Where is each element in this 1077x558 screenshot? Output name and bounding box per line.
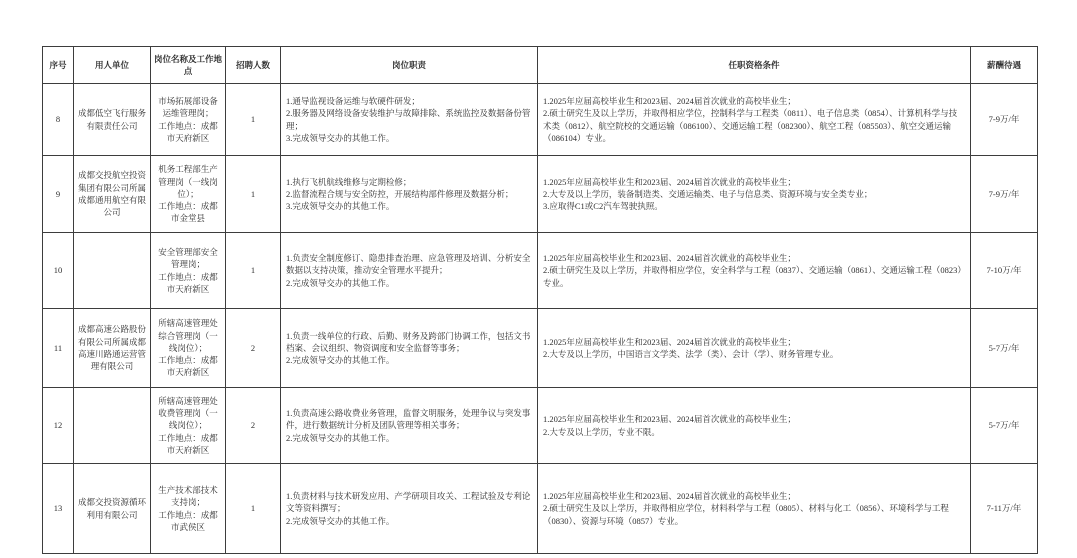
cell-qualifications: 1.2025年应届高校毕业生和2023届、2024届首次就业的高校毕业生； 2.… — [538, 233, 971, 309]
header-salary: 薪酬待遇 — [971, 47, 1038, 84]
cell-seq: 9 — [43, 156, 74, 233]
cell-headcount: 1 — [226, 464, 281, 554]
cell-position: 生产技术部技术 支持岗； 工作地点：成都 市武侯区 — [151, 464, 226, 554]
cell-duties: 1.负责一线单位的行政、后勤、财务及跨部门协调工作，包括文书档案、会议组织、物资… — [281, 309, 538, 388]
cell-salary: 7-9万/年 — [971, 84, 1038, 156]
cell-position: 安全管理部安全 管理岗； 工作地点：成都 市天府新区 — [151, 233, 226, 309]
header-employer: 用人单位 — [74, 47, 151, 84]
cell-employer: 成都低空飞行服务 有限责任公司 — [74, 84, 151, 156]
cell-qualifications: 1.2025年应届高校毕业生和2023届、2024届首次就业的高校毕业生； 2.… — [538, 464, 971, 554]
cell-qualifications: 1.2025年应届高校毕业生和2023届、2024届首次就业的高校毕业生； 2.… — [538, 309, 971, 388]
cell-position: 机务工程部生产 管理岗（一线岗 位）； 工作地点：成都 市金堂县 — [151, 156, 226, 233]
header-qualifications: 任职资格条件 — [538, 47, 971, 84]
cell-seq: 10 — [43, 233, 74, 309]
cell-employer — [74, 233, 151, 309]
table-row: 11 成都高速公路股份 有限公司所属成都 高速川路通运营管 理有限公司 所辖高速… — [43, 309, 1038, 388]
header-row: 序号 用人单位 岗位名称及工作地点 招聘人数 岗位职责 任职资格条件 薪酬待遇 — [43, 47, 1038, 84]
table-row: 9 成都交投航空投资 集团有限公司所属 成都通用航空有限 公司 机务工程部生产 … — [43, 156, 1038, 233]
cell-seq: 8 — [43, 84, 74, 156]
table-row: 8 成都低空飞行服务 有限责任公司 市场拓展部设备 运维管理岗； 工作地点：成都… — [43, 84, 1038, 156]
header-seq: 序号 — [43, 47, 74, 84]
cell-duties: 1.负责材料与技术研发应用、产学研项目攻关、工程试验及专利论文等资料撰写； 2.… — [281, 464, 538, 554]
cell-seq: 11 — [43, 309, 74, 388]
table-row: 12 所辖高速管理处 收费管理岗（一 线岗位）； 工作地点：成都 市天府新区 2… — [43, 388, 1038, 464]
cell-qualifications: 1.2025年应届高校毕业生和2023届、2024届首次就业的高校毕业生； 2.… — [538, 84, 971, 156]
cell-headcount: 2 — [226, 309, 281, 388]
cell-salary: 7-10万/年 — [971, 233, 1038, 309]
cell-position: 所辖高速管理处 收费管理岗（一 线岗位）； 工作地点：成都 市天府新区 — [151, 388, 226, 464]
cell-employer — [74, 388, 151, 464]
cell-headcount: 1 — [226, 84, 281, 156]
cell-qualifications: 1.2025年应届高校毕业生和2023届、2024届首次就业的高校毕业生； 2.… — [538, 388, 971, 464]
cell-employer: 成都交投航空投资 集团有限公司所属 成都通用航空有限 公司 — [74, 156, 151, 233]
cell-position: 所辖高速管理处 综合管理岗（一 线岗位）； 工作地点：成都 市天府新区 — [151, 309, 226, 388]
cell-headcount: 2 — [226, 388, 281, 464]
cell-seq: 13 — [43, 464, 74, 554]
cell-seq: 12 — [43, 388, 74, 464]
cell-employer: 成都高速公路股份 有限公司所属成都 高速川路通运营管 理有限公司 — [74, 309, 151, 388]
cell-position: 市场拓展部设备 运维管理岗； 工作地点：成都 市天府新区 — [151, 84, 226, 156]
cell-salary: 7-9万/年 — [971, 156, 1038, 233]
header-headcount: 招聘人数 — [226, 47, 281, 84]
cell-headcount: 1 — [226, 233, 281, 309]
cell-salary: 5-7万/年 — [971, 309, 1038, 388]
table-row: 13 成都交投资源循环 利用有限公司 生产技术部技术 支持岗； 工作地点：成都 … — [43, 464, 1038, 554]
cell-duties: 1.负责高速公路收费业务管理，监督文明服务，处理争议与突发事件，进行数据统计分析… — [281, 388, 538, 464]
header-position: 岗位名称及工作地点 — [151, 47, 226, 84]
cell-duties: 1.负责安全制度修订、隐患排查治理、应急管理及培训、分析安全数据以支持决策，推动… — [281, 233, 538, 309]
cell-qualifications: 1.2025年应届高校毕业生和2023届、2024届首次就业的高校毕业生； 2.… — [538, 156, 971, 233]
header-duties: 岗位职责 — [281, 47, 538, 84]
cell-salary: 5-7万/年 — [971, 388, 1038, 464]
cell-duties: 1.执行飞机航线维修与定期检修； 2.监督流程合规与安全防控，开展结构部件修理及… — [281, 156, 538, 233]
cell-salary: 7-11万/年 — [971, 464, 1038, 554]
table-row: 10 安全管理部安全 管理岗； 工作地点：成都 市天府新区 1 1.负责安全制度… — [43, 233, 1038, 309]
cell-employer: 成都交投资源循环 利用有限公司 — [74, 464, 151, 554]
cell-duties: 1.通导监视设备运维与软硬件研发； 2.服务器及网络设备安装维护与故障排除、系统… — [281, 84, 538, 156]
recruitment-document-page: 序号 用人单位 岗位名称及工作地点 招聘人数 岗位职责 任职资格条件 薪酬待遇 … — [0, 0, 1077, 558]
recruitment-table: 序号 用人单位 岗位名称及工作地点 招聘人数 岗位职责 任职资格条件 薪酬待遇 … — [42, 46, 1038, 554]
cell-headcount: 1 — [226, 156, 281, 233]
